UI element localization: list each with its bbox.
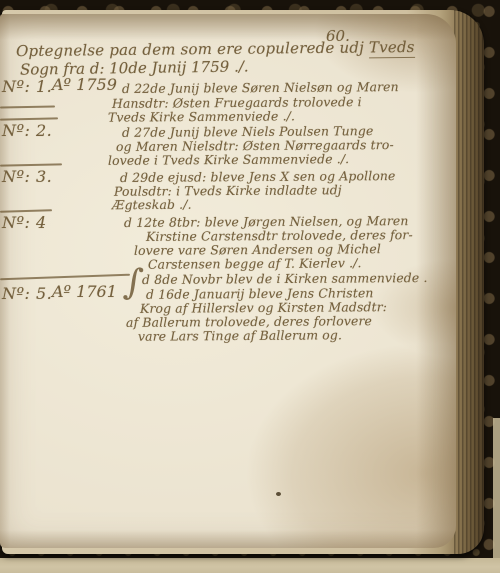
entry-1-line: Tveds Kirke Sammenviede ./. bbox=[108, 108, 295, 124]
entry-1-year: Aº 1759 bbox=[52, 75, 117, 94]
table-background-sliver bbox=[493, 418, 500, 560]
entry-5-line: vare Lars Tinge af Ballerum og. bbox=[138, 327, 342, 343]
handwriting-layer: 60. Optegnelse paa dem som ere copulered… bbox=[0, 14, 456, 548]
entry-4-number: Nº: 4 bbox=[2, 213, 47, 232]
register-page: 60. Optegnelse paa dem som ere copulered… bbox=[0, 14, 456, 548]
flourish-line bbox=[0, 163, 62, 166]
heading-line-1: Optegnelse paa dem som ere copulerede ud… bbox=[16, 38, 415, 60]
entry-2-number: Nº: 2. bbox=[2, 121, 52, 140]
flourish-line bbox=[0, 106, 55, 109]
heading-line-1-text: Optegnelse paa dem som ere copulerede ud… bbox=[16, 38, 364, 60]
entry-5-year: Aº 1761 bbox=[52, 282, 117, 301]
entry-2-line: lovede i Tveds Kirke Sammenviede ./. bbox=[108, 151, 349, 168]
brace-flourish: ∫ bbox=[122, 261, 145, 304]
entry-4-line: Carstensen begge af T. Kierlev ./. bbox=[148, 255, 362, 271]
entry-5-number: Nº: 5. bbox=[2, 284, 52, 303]
entry-3-number: Nº: 3. bbox=[2, 167, 52, 186]
ink-blot bbox=[276, 492, 281, 496]
flourish-line bbox=[0, 117, 58, 120]
heading-underlined-word: Tveds bbox=[369, 38, 415, 58]
table-background-strip bbox=[0, 558, 500, 573]
manuscript-photo: 60. Optegnelse paa dem som ere copulered… bbox=[0, 0, 500, 573]
entry-3-line: Ægteskab ./. bbox=[112, 197, 192, 213]
interlude-line: d 8de Novbr blev de i Kirken sammenviede… bbox=[142, 270, 428, 287]
entry-1-number: Nº: 1. bbox=[2, 77, 52, 96]
flourish-line bbox=[0, 274, 130, 280]
flourish-line bbox=[0, 209, 52, 212]
